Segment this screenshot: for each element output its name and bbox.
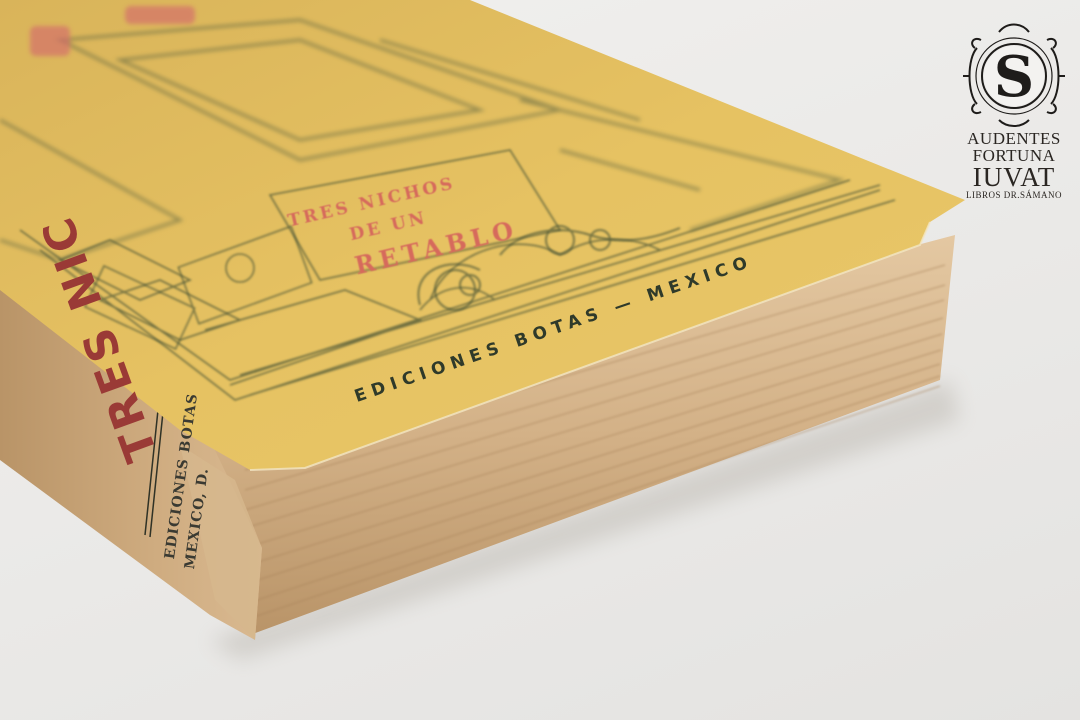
book-illustration	[0, 0, 1080, 720]
monogram-s-icon: S	[959, 18, 1069, 128]
logo-line-iuvat: IUVAT	[952, 164, 1076, 191]
logo-line-libros: LIBROS DR.SÁMANO	[952, 191, 1076, 200]
watermark-logo: S AUDENTES FORTUNA IUVAT LIBROS DR.SÁMAN…	[952, 18, 1076, 218]
product-photo: TRES NICHOS DE UN RETABLO EDICIONES BOTA…	[0, 0, 1080, 720]
logo-line-audentes: AUDENTES	[952, 130, 1076, 147]
monogram-letter: S	[994, 44, 1034, 110]
